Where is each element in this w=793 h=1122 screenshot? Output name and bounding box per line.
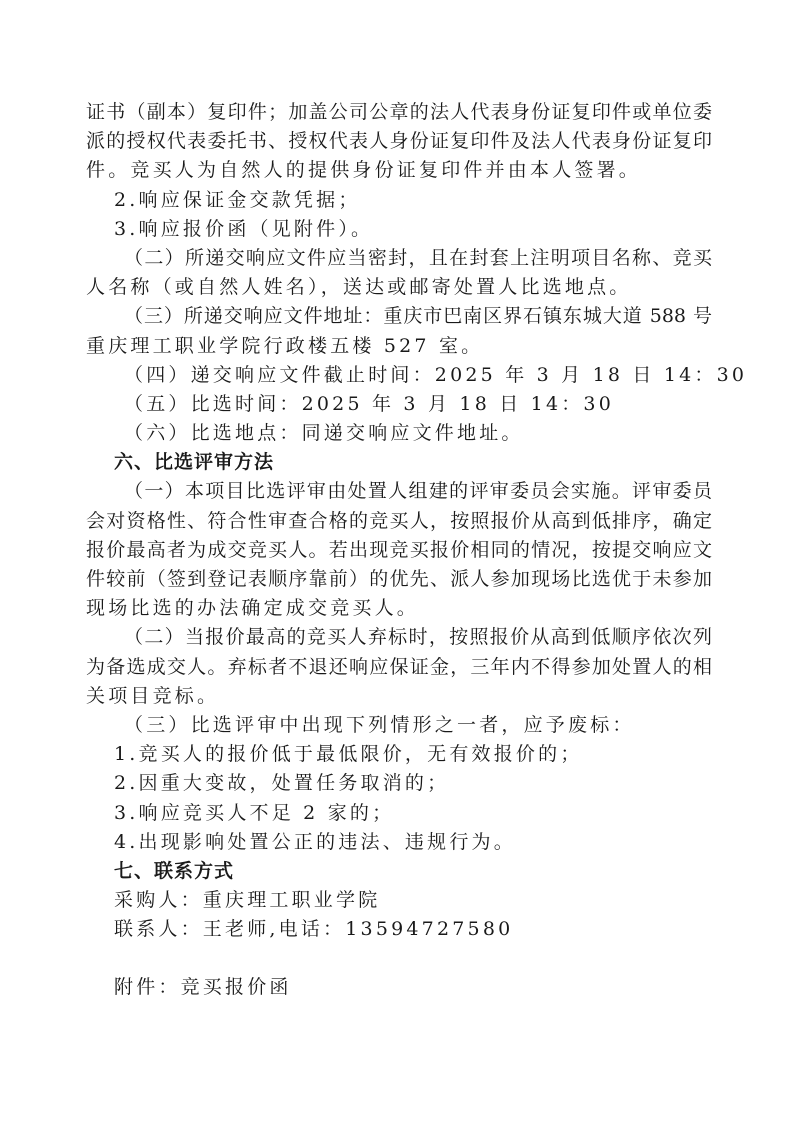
contact-line: 联系人：王老师,电话：13594727580 (86, 915, 712, 944)
paragraph-line: （三）所递交响应文件地址：重庆市巴南区界石镇东城大道 588 号 (86, 302, 712, 331)
text-line: 报价最高者为成交竞买人。若出现竞买报价相同的情况，按提交响应文 (86, 536, 712, 565)
paragraph-line: （二）所递交响应文件应当密封，且在封套上注明项目名称、竞买 (86, 244, 712, 273)
section-heading-contact: 七、联系方式 (86, 857, 712, 886)
list-item: 2.响应保证金交款凭据； (86, 186, 712, 215)
text-line: 人名称（或自然人姓名），送达或邮寄处置人比选地点。 (86, 273, 712, 302)
list-item: 4.出现影响处置公正的违法、违规行为。 (86, 828, 712, 857)
purchaser-line: 采购人：重庆理工职业学院 (86, 886, 712, 915)
list-item: 3.响应竞买人不足 2 家的； (86, 799, 712, 828)
paragraph-line: （五）比选时间：2025 年 3 月 18 日 14：30 (86, 390, 712, 419)
text-line: 重庆理工职业学院行政楼五楼 527 室。 (86, 332, 712, 361)
text-line: 件较前（签到登记表顺序靠前）的优先、派人参加现场比选优于未参加 (86, 565, 712, 594)
text-line: 为备选成交人。弃标者不退还响应保证金，三年内不得参加处置人的相 (86, 653, 712, 682)
paragraph-line: （六）比选地点：同递交响应文件地址。 (86, 419, 712, 448)
paragraph-line: （三）比选评审中出现下列情形之一者，应予废标： (86, 711, 712, 740)
text-line: 关项目竞标。 (86, 682, 712, 711)
text-line: 证书（副本）复印件；加盖公司公章的法人代表身份证复印件或单位委 (86, 98, 712, 127)
text-line: 会对资格性、符合性审查合格的竞买人，按照报价从高到低排序，确定 (86, 507, 712, 536)
list-item: 3.响应报价函（见附件）。 (86, 215, 712, 244)
attachment-line: 附件：竞买报价函 (86, 973, 712, 1002)
paragraph-line: （四）递交响应文件截止时间：2025 年 3 月 18 日 14：30 (86, 361, 712, 390)
text-line: 现场比选的办法确定成交竞买人。 (86, 594, 712, 623)
text-line: 件。竞买人为自然人的提供身份证复印件并由本人签署。 (86, 156, 712, 185)
list-item: 2.因重大变故，处置任务取消的； (86, 769, 712, 798)
section-heading-evaluation: 六、比选评审方法 (86, 448, 712, 477)
spacer (86, 944, 712, 973)
text-line: 派的授权代表委托书、授权代表人身份证复印件及法人代表身份证复印 (86, 127, 712, 156)
list-item: 1.竞买人的报价低于最低限价，无有效报价的； (86, 740, 712, 769)
paragraph-line: （一）本项目比选评审由处置人组建的评审委员会实施。评审委员 (86, 477, 712, 506)
paragraph-line: （二）当报价最高的竞买人弃标时，按照报价从高到低顺序依次列 (86, 623, 712, 652)
document-page: 证书（副本）复印件；加盖公司公章的法人代表身份证复印件或单位委 派的授权代表委托… (86, 98, 712, 1003)
